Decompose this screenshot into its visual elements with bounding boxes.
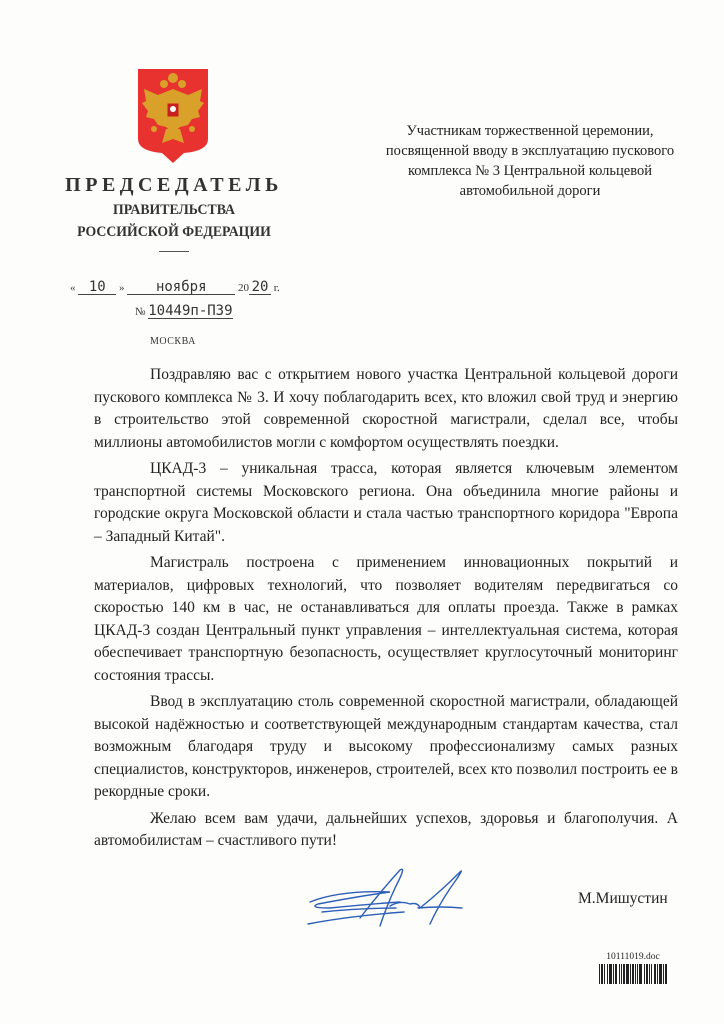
- letterhead-subtitle-line1: ПРАВИТЕЛЬСТВА: [69, 200, 279, 220]
- registration-number-value: 10449п-П39: [148, 304, 232, 319]
- russian-coat-of-arms-icon: [136, 67, 210, 163]
- handwritten-signature-icon: [300, 862, 470, 932]
- date-year-prefix: 20: [238, 282, 249, 294]
- date-year-suffix: 20: [249, 280, 271, 295]
- city: МОСКВА: [150, 336, 196, 347]
- letterhead-title: ПРЕДСЕДАТЕЛЬ: [60, 172, 288, 198]
- paragraph: Магистраль построена с применением иннов…: [94, 552, 678, 687]
- date-month: ноября: [127, 280, 235, 295]
- number-sign: №: [135, 306, 146, 318]
- registration-number: № 10449п-П39: [135, 304, 233, 319]
- date-close-quote: »: [119, 282, 125, 294]
- barcode-icon: [599, 964, 667, 984]
- date-open-quote: «: [70, 282, 76, 294]
- document-code: 10111019.doc: [601, 952, 665, 962]
- paragraph: Желаю всем вам удачи, дальнейших успехов…: [94, 808, 678, 853]
- letter-body: Поздравляю вас с открытием нового участк…: [94, 364, 678, 857]
- document-date: « 10 » ноября 2020 г.: [70, 280, 280, 295]
- paragraph: ЦКАД-3 – уникальная трасса, которая явля…: [94, 458, 678, 548]
- letterhead: ПРЕДСЕДАТЕЛЬ ПРАВИТЕЛЬСТВА РОССИЙСКОЙ ФЕ…: [60, 172, 288, 252]
- date-year-abbr: г.: [274, 282, 280, 294]
- addressee: Участникам торжественной церемонии, посв…: [368, 121, 692, 201]
- paragraph: Поздравляю вас с открытием нового участк…: [94, 364, 678, 454]
- signer-name: М.Мишустин: [578, 890, 668, 908]
- letterhead-subtitle-line2: РОССИЙСКОЙ ФЕДЕРАЦИИ: [69, 222, 279, 242]
- letterhead-divider: [159, 251, 189, 252]
- paragraph: Ввод в эксплуатацию столь современной ск…: [94, 691, 678, 804]
- date-day: 10: [78, 280, 116, 295]
